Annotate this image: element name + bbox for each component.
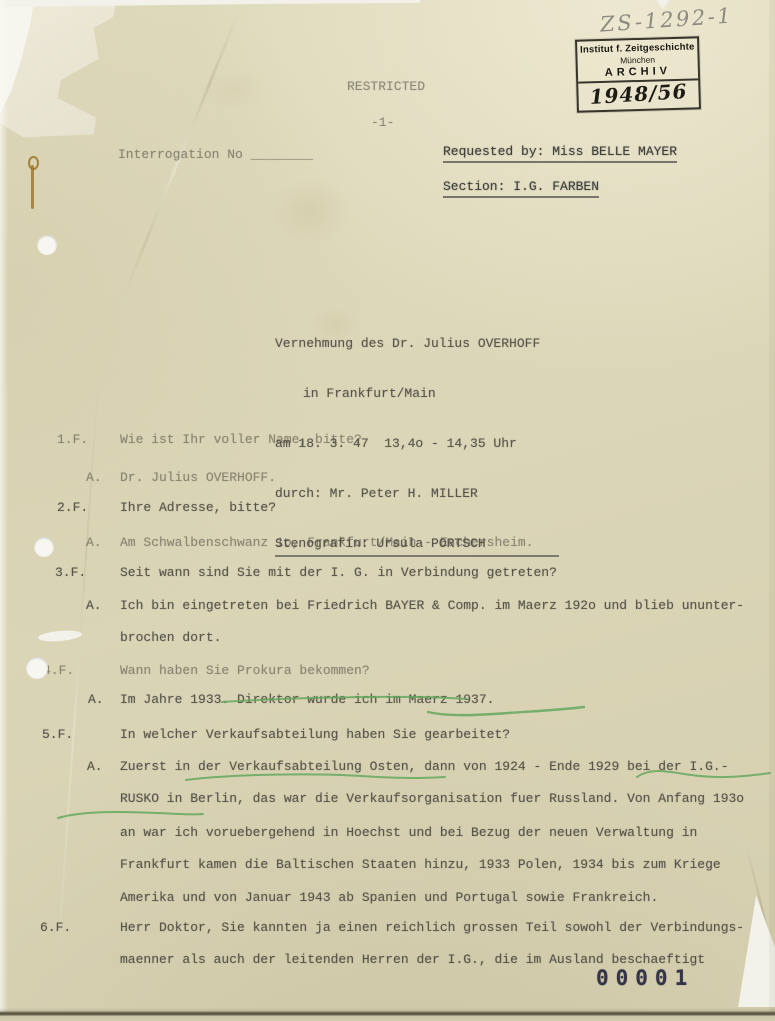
qa-text: Wie ist Ihr voller Name, bitte? — [120, 432, 362, 447]
qa-line: Amerika und von Januar 1943 ab Spanien u… — [0, 890, 775, 908]
qa-line: A.Im Jahre 1933. Direktor wurde ich im M… — [0, 692, 775, 710]
qa-line: 2.F.Ihre Adresse, bitte? — [0, 500, 775, 518]
punch-hole — [37, 235, 57, 255]
paper-edge-bottom — [0, 1008, 775, 1021]
qa-text: Dr. Julius OVERHOFF. — [120, 470, 276, 485]
interrogation-no-line: Interrogation No ________ — [118, 147, 313, 163]
qa-label: A. — [86, 535, 102, 550]
qa-label: 6.F. — [40, 920, 71, 935]
stamp-archiv-line: ARCHIV — [580, 64, 696, 79]
qa-text: Amerika und von Januar 1943 ab Spanien u… — [120, 890, 658, 905]
qa-text: Am Schwalbenschwanz 1o, Frankfurt/Main -… — [120, 535, 533, 550]
qa-line: 5.F.In welcher Verkaufsabteilung haben S… — [0, 727, 775, 745]
qa-line: A.Zuerst in der Verkaufsabteilung Osten,… — [0, 759, 775, 777]
qa-text: maenner als auch der leitenden Herren de… — [120, 952, 705, 967]
requested-by-line: Requested by: Miss BELLE MAYER — [443, 144, 677, 163]
qa-label: 2.F. — [57, 500, 88, 515]
qa-label: A. — [87, 759, 103, 774]
qa-label: 1.F. — [57, 432, 88, 447]
scanned-document-page: ZS-1292-1 Institut f. Zeitgeschichte Mün… — [0, 0, 775, 1021]
qa-label: 3.F. — [55, 565, 86, 580]
qa-text: Ihre Adresse, bitte? — [120, 500, 276, 515]
qa-label: A. — [86, 598, 102, 613]
page-number: -1- — [371, 115, 394, 131]
qa-text: Im Jahre 1933. Direktor wurde ich im Mae… — [120, 692, 494, 707]
qa-line: 1.F.Wie ist Ihr voller Name, bitte? — [0, 432, 775, 450]
qa-text: Zuerst in der Verkaufsabteilung Osten, d… — [120, 759, 729, 774]
serial-number-stamp: 00001 — [596, 966, 694, 990]
qa-text: brochen dort. — [120, 630, 221, 645]
qa-line: brochen dort. — [0, 630, 775, 648]
qa-line: A.Am Schwalbenschwanz 1o, Frankfurt/Main… — [0, 535, 775, 553]
archive-stamp: Institut f. Zeitgeschichte München ARCHI… — [575, 36, 701, 112]
qa-label: A. — [86, 470, 102, 485]
qa-label: 5.F. — [42, 727, 73, 742]
qa-text: Herr Doktor, Sie kannten ja einen reichl… — [120, 920, 744, 935]
classification-marking: RESTRICTED — [347, 79, 425, 95]
qa-text: Seit wann sind Sie mit der I. G. in Verb… — [120, 565, 557, 580]
qa-text: In welcher Verkaufsabteilung haben Sie g… — [120, 727, 510, 742]
qa-text: RUSKO in Berlin, das war die Verkaufsorg… — [120, 791, 744, 806]
qa-line: A.Ich bin eingetreten bei Friedrich BAYE… — [0, 598, 775, 616]
qa-text: Frankfurt kamen die Baltischen Staaten h… — [120, 857, 721, 872]
session-place: in Frankfurt/Main — [275, 386, 559, 404]
qa-line: A.Dr. Julius OVERHOFF. — [0, 470, 775, 488]
stamp-handwritten-number: 1948/56 — [578, 78, 699, 112]
qa-line: RUSKO in Berlin, das war die Verkaufsorg… — [0, 791, 775, 809]
section-line: Section: I.G. FARBEN — [443, 179, 599, 198]
qa-line: an war ich voruebergehend in Hoechst und… — [0, 825, 775, 843]
qa-line: 3.F.Seit wann sind Sie mit der I. G. in … — [0, 565, 775, 583]
punch-hole — [26, 657, 48, 679]
qa-line: 6.F.Herr Doktor, Sie kannten ja einen re… — [0, 920, 775, 938]
punch-hole — [34, 537, 54, 557]
qa-text: Wann haben Sie Prokura bekommen? — [120, 663, 370, 678]
qa-text: Ich bin eingetreten bei Friedrich BAYER … — [120, 598, 744, 613]
session-title: Vernehmung des Dr. Julius OVERHOFF — [275, 336, 559, 354]
qa-line: 4.F.Wann haben Sie Prokura bekommen? — [0, 663, 775, 681]
qa-text: an war ich voruebergehend in Hoechst und… — [120, 825, 697, 840]
qa-line: Frankfurt kamen die Baltischen Staaten h… — [0, 857, 775, 875]
qa-label: A. — [88, 692, 104, 707]
paperclip-rust-mark — [26, 156, 38, 212]
